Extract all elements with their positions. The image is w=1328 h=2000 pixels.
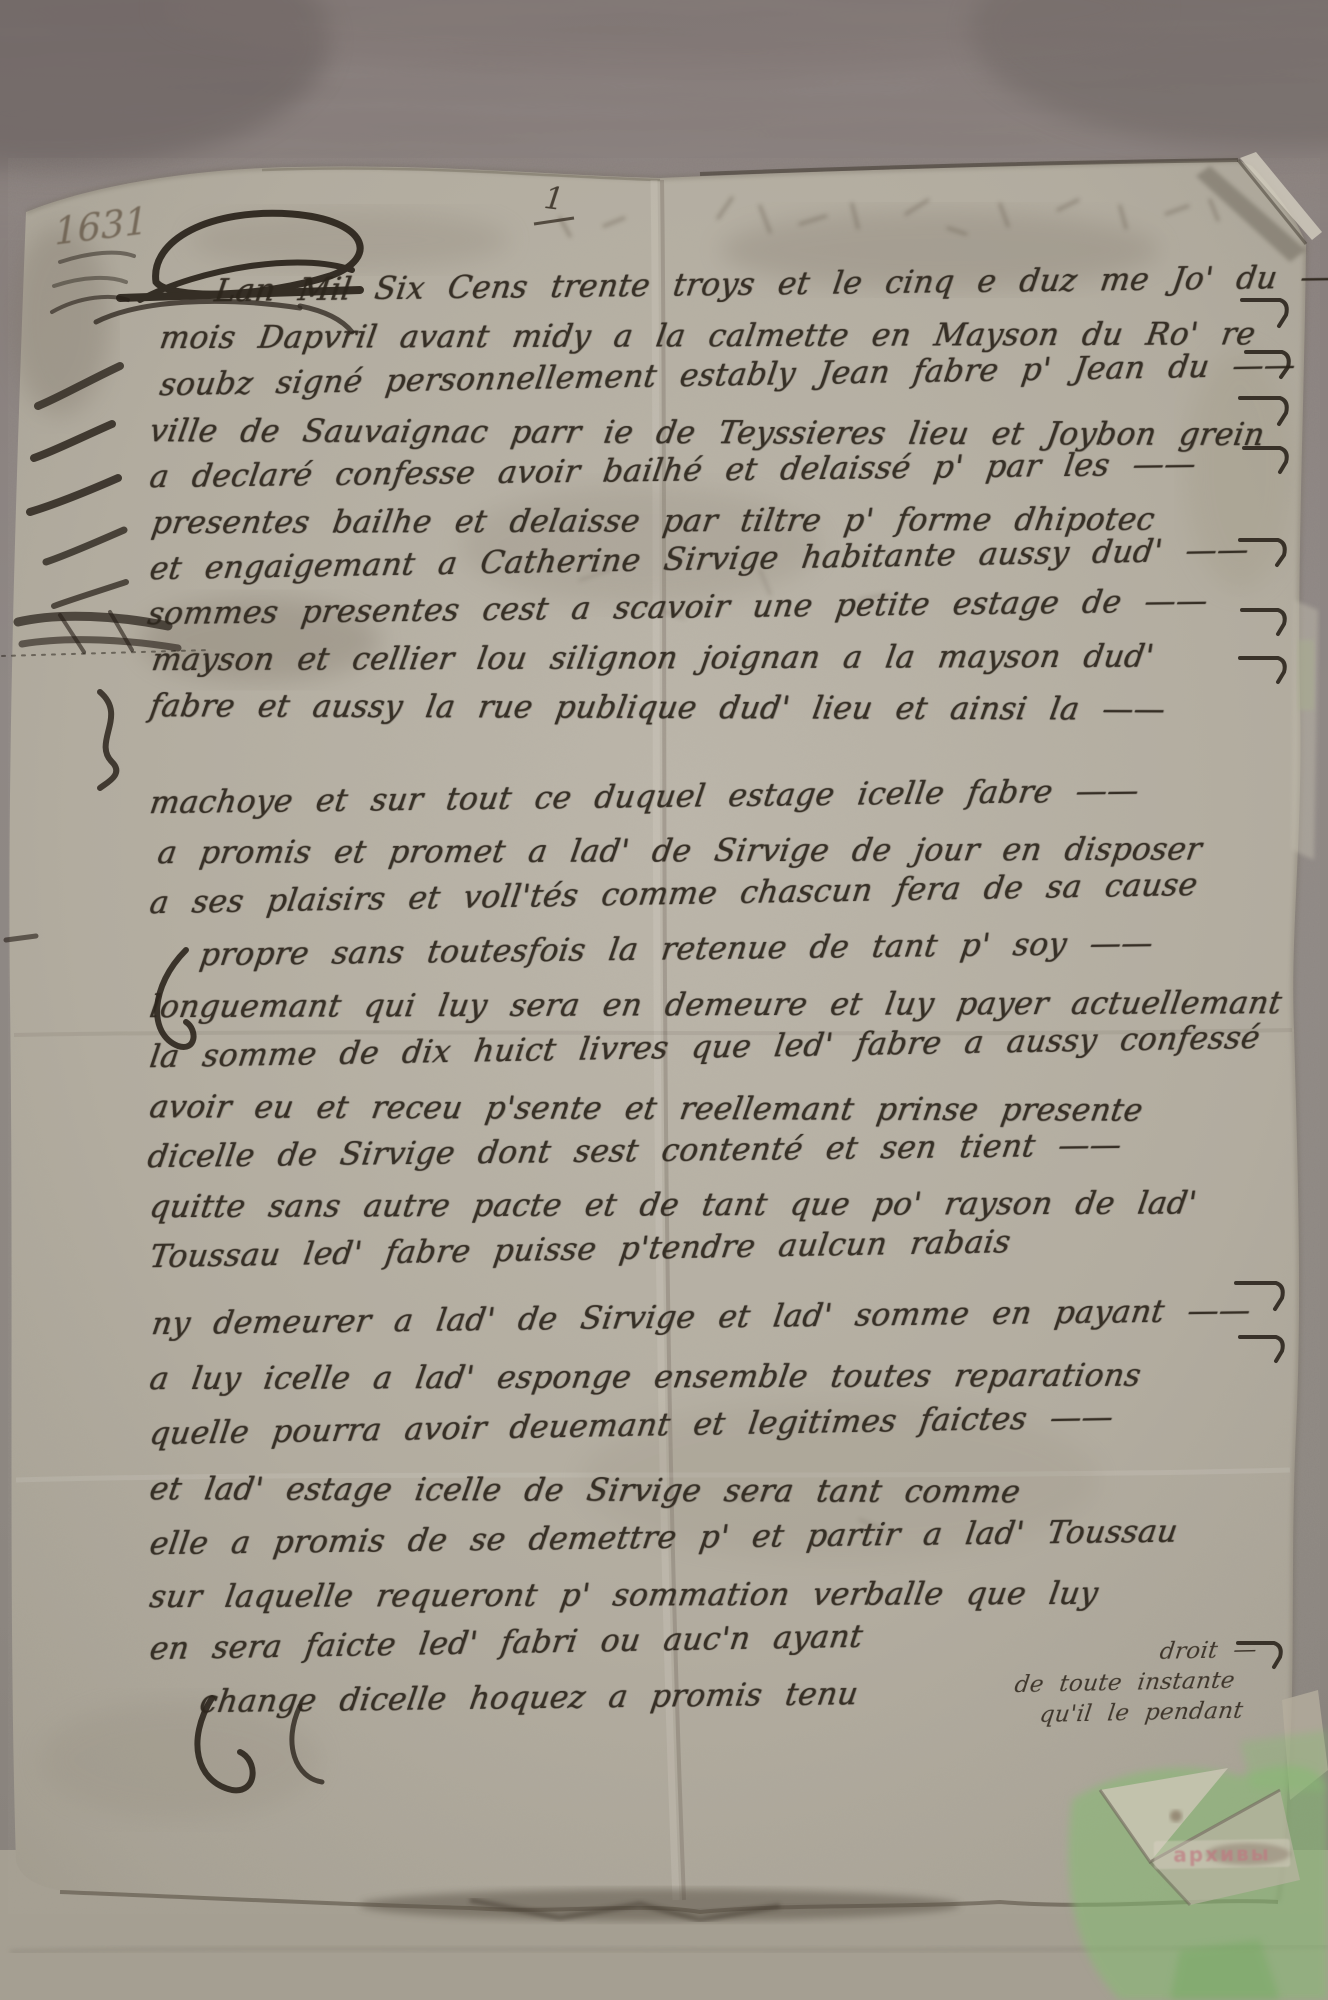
manuscript-line: ville de Sauvaignac parr ie de Teyssiere… <box>147 414 1267 452</box>
manuscript-line: presentes bailhe et delaisse par tiltre … <box>149 503 1157 541</box>
manuscript-line: a luy icelle a lad' esponge ensemble tou… <box>147 1359 1143 1397</box>
page-number: 1 <box>542 183 565 216</box>
manuscript-line: a promis et promet a lad' de Sirvige de … <box>155 832 1204 870</box>
year-annotation: 1631 <box>54 202 148 251</box>
archive-watermark-text: архивы <box>1154 1839 1290 1869</box>
sidenote-insertion-1: de toute instante <box>1013 1670 1236 1698</box>
manuscript-line: quitte sans autre pacte et de tant que p… <box>147 1186 1199 1224</box>
manuscript-photograph: 1631 1 Lan Mil Six Cens trente troys et … <box>0 0 1328 2000</box>
manuscript-line: mois Dapvril avant midy a la calmette en… <box>157 317 1258 355</box>
sidenote-droit: droit — <box>1158 1639 1258 1664</box>
manuscript-line: et lad' estage icelle de Sirvige sera ta… <box>147 1472 1023 1509</box>
manuscript-line: change dicelle hoquez a promis tenu <box>198 1677 861 1719</box>
sidenote-insertion-2: qu'il le pendant <box>1038 1700 1244 1727</box>
manuscript-line: avoir eu et receu p'sente et reellemant … <box>147 1090 1145 1128</box>
manuscript-line: mayson et cellier lou silignon joignan a… <box>149 640 1156 678</box>
manuscript-line: sur laquelle requeront p' sommation verb… <box>147 1577 1100 1614</box>
manuscript-line: fabre et aussy la rue publique dud' lieu… <box>147 689 1168 727</box>
manuscript-line: longuemant qui luy sera en demeure et lu… <box>147 986 1284 1024</box>
